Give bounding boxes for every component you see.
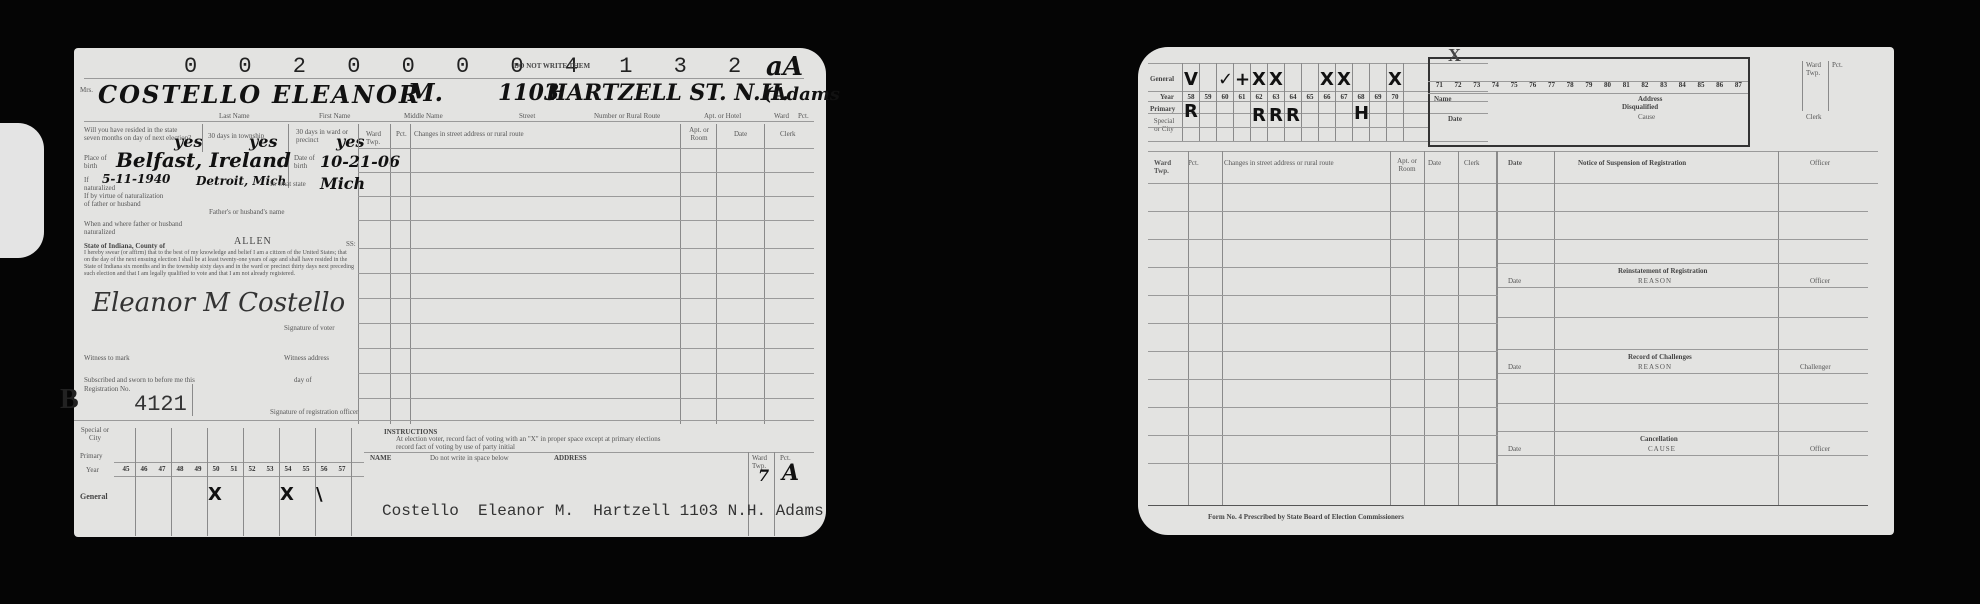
back-col-apt-room: Apt. or Room xyxy=(1394,157,1420,173)
value-place-of-birth: Belfast, Ireland xyxy=(116,148,291,172)
gen-mark-67: X xyxy=(1337,69,1351,90)
label-middle-name: Middle Name xyxy=(404,112,443,120)
year-85: 85 xyxy=(1692,81,1711,89)
cancellation-officer-label: Officer xyxy=(1810,445,1830,453)
label-address-back: Address xyxy=(1638,95,1662,103)
pri-mark-64: R xyxy=(1286,105,1300,126)
registration-card-back: General Year Primary Special or City 58 … xyxy=(1138,47,1894,535)
label-when-naturalized: When and where father or husband natural… xyxy=(84,220,194,236)
gen-mark-62: X xyxy=(1252,69,1266,90)
label-witness-mark: Witness to mark xyxy=(84,354,130,362)
apt-or-hotel: (Adams xyxy=(764,84,840,105)
gen-mark-69: X xyxy=(1388,69,1402,90)
year-60: 60 xyxy=(1217,93,1233,101)
label-witness-address: Witness address xyxy=(284,354,329,362)
challenger-label: Challenger xyxy=(1800,363,1831,371)
registration-number: 4121 xyxy=(134,392,187,417)
reinstatement-title: Reinstatement of Registration xyxy=(1618,267,1707,275)
gen-mark-66: X xyxy=(1320,69,1334,90)
year-53: 53 xyxy=(262,465,278,473)
label-do-not-write: Do not write in space below xyxy=(430,454,509,462)
year-75: 75 xyxy=(1505,81,1524,89)
year-84: 84 xyxy=(1673,81,1692,89)
years-71-87: 71 72 73 74 75 76 77 78 79 80 81 82 83 8… xyxy=(1430,81,1748,89)
label-clerk-back: Clerk xyxy=(1806,113,1822,121)
year-76: 76 xyxy=(1523,81,1542,89)
year-79: 79 xyxy=(1580,81,1599,89)
year-57: 57 xyxy=(334,465,350,473)
cancellation-title: Cancellation xyxy=(1640,435,1678,443)
pri-mark-62: R xyxy=(1252,105,1266,126)
back-col-ward-twp: Ward Twp. xyxy=(1154,159,1176,175)
label-name-back: Name xyxy=(1434,95,1452,103)
disqualified-box xyxy=(1428,57,1750,147)
general-mark-54: X xyxy=(280,484,294,505)
row-year: Year xyxy=(86,466,99,474)
label-last-name: Last Name xyxy=(219,112,250,120)
label-registration-no: Registration No. xyxy=(84,385,130,393)
oath-text: I hereby swear (or affirm) that to the b… xyxy=(84,250,354,278)
typed-ward: 7 xyxy=(758,466,769,485)
col-clerk: Clerk xyxy=(780,130,796,138)
year-65: 65 xyxy=(1302,93,1318,101)
stamp-number: 0 0 2 0 0 0 0 4 1 3 2 xyxy=(184,54,755,79)
year-81: 81 xyxy=(1617,81,1636,89)
col-date: Date xyxy=(734,130,747,138)
back-row-special: Special or City xyxy=(1150,117,1178,133)
back-col-pct: Pct. xyxy=(1188,159,1199,167)
cancellation-cause-label: CAUSE xyxy=(1648,445,1676,453)
label-signature-voter: Signature of voter xyxy=(284,324,335,332)
typed-name-address: Costello Eleanor M. Hartzell 1103 N.H. A… xyxy=(382,502,824,520)
label-if-by-virtue: If by virtue of naturalization of father… xyxy=(84,192,164,208)
reinstatement-officer-label: Officer xyxy=(1810,277,1830,285)
year-61: 61 xyxy=(1234,93,1250,101)
year-49: 49 xyxy=(190,465,206,473)
challenges-date-label: Date xyxy=(1508,363,1521,371)
label-ss: SS: xyxy=(346,240,356,248)
col-changes: Changes in street address or rural route xyxy=(414,130,524,138)
adjacent-card-edge xyxy=(0,123,44,258)
label-street: Street xyxy=(519,112,535,120)
col-apt-room: Apt. or Room xyxy=(684,126,714,142)
year-86: 86 xyxy=(1710,81,1729,89)
registration-letter: B xyxy=(60,384,79,416)
year-58: 58 xyxy=(1183,93,1199,101)
voter-signature: Eleanor M Costello xyxy=(92,288,345,318)
back-row-year: Year xyxy=(1160,93,1174,101)
challenges-reason-label: REASON xyxy=(1638,363,1672,371)
oath-heading: State of Indiana, County of xyxy=(84,242,165,250)
year-54: 54 xyxy=(280,465,296,473)
typed-pct: A xyxy=(782,460,799,486)
label-father-husband-name: Father's or husband's name xyxy=(209,208,284,216)
row-primary: Primary xyxy=(80,452,103,460)
back-col-changes: Changes in street address or rural route xyxy=(1224,159,1334,167)
value-naturalized-date: 5-11-1940 xyxy=(102,172,170,186)
general-mark-56: \ xyxy=(316,484,323,505)
year-66: 66 xyxy=(1319,93,1335,101)
value-naturalized-state: Mich xyxy=(320,174,365,193)
back-row-primary: Primary xyxy=(1150,105,1175,113)
reinstatement-date-label: Date xyxy=(1508,277,1521,285)
registration-card-front: 0 0 2 0 0 0 0 4 1 3 2 DO NOT WRITE THEM … xyxy=(74,48,826,537)
year-56: 56 xyxy=(316,465,332,473)
reinstatement-reason-label: REASON xyxy=(1638,277,1672,285)
gen-mark-58: V xyxy=(1184,69,1198,90)
header-note: DO NOT WRITE THEM xyxy=(514,62,590,70)
gen-mark-61: + xyxy=(1235,69,1250,90)
year-63: 63 xyxy=(1268,93,1284,101)
label-cause-top: Cause xyxy=(1638,113,1655,121)
pri-mark-63: R xyxy=(1269,105,1283,126)
back-row-general: General xyxy=(1150,75,1174,83)
instructions-line2: record fact of voting by use of party in… xyxy=(396,443,515,451)
label-disqualified: Disqualified xyxy=(1622,103,1658,111)
challenges-title: Record of Challenges xyxy=(1628,353,1692,361)
first-name: ELEANOR xyxy=(272,80,421,109)
label-pct: Pct. xyxy=(798,112,809,120)
year-83: 83 xyxy=(1654,81,1673,89)
year-68: 68 xyxy=(1353,93,1369,101)
label-subscribed: Subscribed and sworn to before me this xyxy=(84,376,195,384)
col-ward-twp: Ward Twp. xyxy=(366,130,390,146)
form-footer: Form No. 4 Prescribed by State Board of … xyxy=(1208,513,1404,521)
year-78: 78 xyxy=(1561,81,1580,89)
value-date-of-birth: 10-21-06 xyxy=(320,152,400,171)
col-pct: Pct. xyxy=(396,130,407,138)
suspension-date-label: Date xyxy=(1508,159,1522,167)
back-col-clerk: Clerk xyxy=(1464,159,1480,167)
year-59: 59 xyxy=(1200,93,1216,101)
year-51: 51 xyxy=(226,465,242,473)
label-place-of-birth: Place of birth xyxy=(84,154,114,170)
year-71: 71 xyxy=(1430,81,1449,89)
suspension-title: Notice of Suspension of Registration xyxy=(1578,159,1686,167)
label-pct-back: Pct. xyxy=(1832,61,1843,69)
label-apt-hotel: Apt. or Hotel xyxy=(704,112,741,120)
pri-mark-68: H xyxy=(1354,103,1369,124)
year-74: 74 xyxy=(1486,81,1505,89)
year-70: 70 xyxy=(1387,93,1403,101)
year-80: 80 xyxy=(1598,81,1617,89)
disqualified-x-mark: X xyxy=(1448,45,1461,66)
label-signature-officer: Signature of registration officer xyxy=(270,408,358,416)
row-special-city: Special or City xyxy=(80,426,110,442)
label-name: NAME xyxy=(370,454,391,462)
middle-name: M. xyxy=(408,78,443,107)
general-mark-50: X xyxy=(208,484,222,505)
last-name: COSTELLO xyxy=(98,80,262,109)
year-69: 69 xyxy=(1370,93,1386,101)
year-67: 67 xyxy=(1336,93,1352,101)
year-55: 55 xyxy=(298,465,314,473)
suspension-officer-label: Officer xyxy=(1810,159,1830,167)
year-52: 52 xyxy=(244,465,260,473)
year-87: 87 xyxy=(1729,81,1748,89)
year-64: 64 xyxy=(1285,93,1301,101)
cancellation-date-label: Date xyxy=(1508,445,1521,453)
gen-mark-60: ✓ xyxy=(1218,69,1233,90)
year-77: 77 xyxy=(1542,81,1561,89)
pri-mark-58: R xyxy=(1184,101,1198,122)
label-ward-twp-back: Ward Twp. xyxy=(1806,61,1826,77)
gen-mark-63: X xyxy=(1269,69,1283,90)
year-45: 45 xyxy=(118,465,134,473)
label-date-back: Date xyxy=(1448,115,1462,123)
label-first-name: First Name xyxy=(319,112,350,120)
label-number-route: Number or Rural Route xyxy=(594,112,660,120)
row-general: General xyxy=(80,492,108,501)
back-col-date: Date xyxy=(1428,159,1441,167)
value-county: ALLEN xyxy=(234,236,272,247)
year-50: 50 xyxy=(208,465,224,473)
label-address: ADDRESS xyxy=(554,454,587,462)
year-72: 72 xyxy=(1449,81,1468,89)
label-ward: Ward xyxy=(774,112,789,120)
year-62: 62 xyxy=(1251,93,1267,101)
year-73: 73 xyxy=(1467,81,1486,89)
year-82: 82 xyxy=(1636,81,1655,89)
street: HARTZELL ST. N.H. xyxy=(546,80,789,106)
label-in-what-state: In what state xyxy=(270,180,306,188)
title-prefix: Mrs. xyxy=(80,86,93,94)
year-46: 46 xyxy=(136,465,152,473)
instructions-line1: At election voter, record fact of voting… xyxy=(396,435,661,443)
year-48: 48 xyxy=(172,465,188,473)
year-47: 47 xyxy=(154,465,170,473)
label-day-of: day of xyxy=(294,376,312,384)
